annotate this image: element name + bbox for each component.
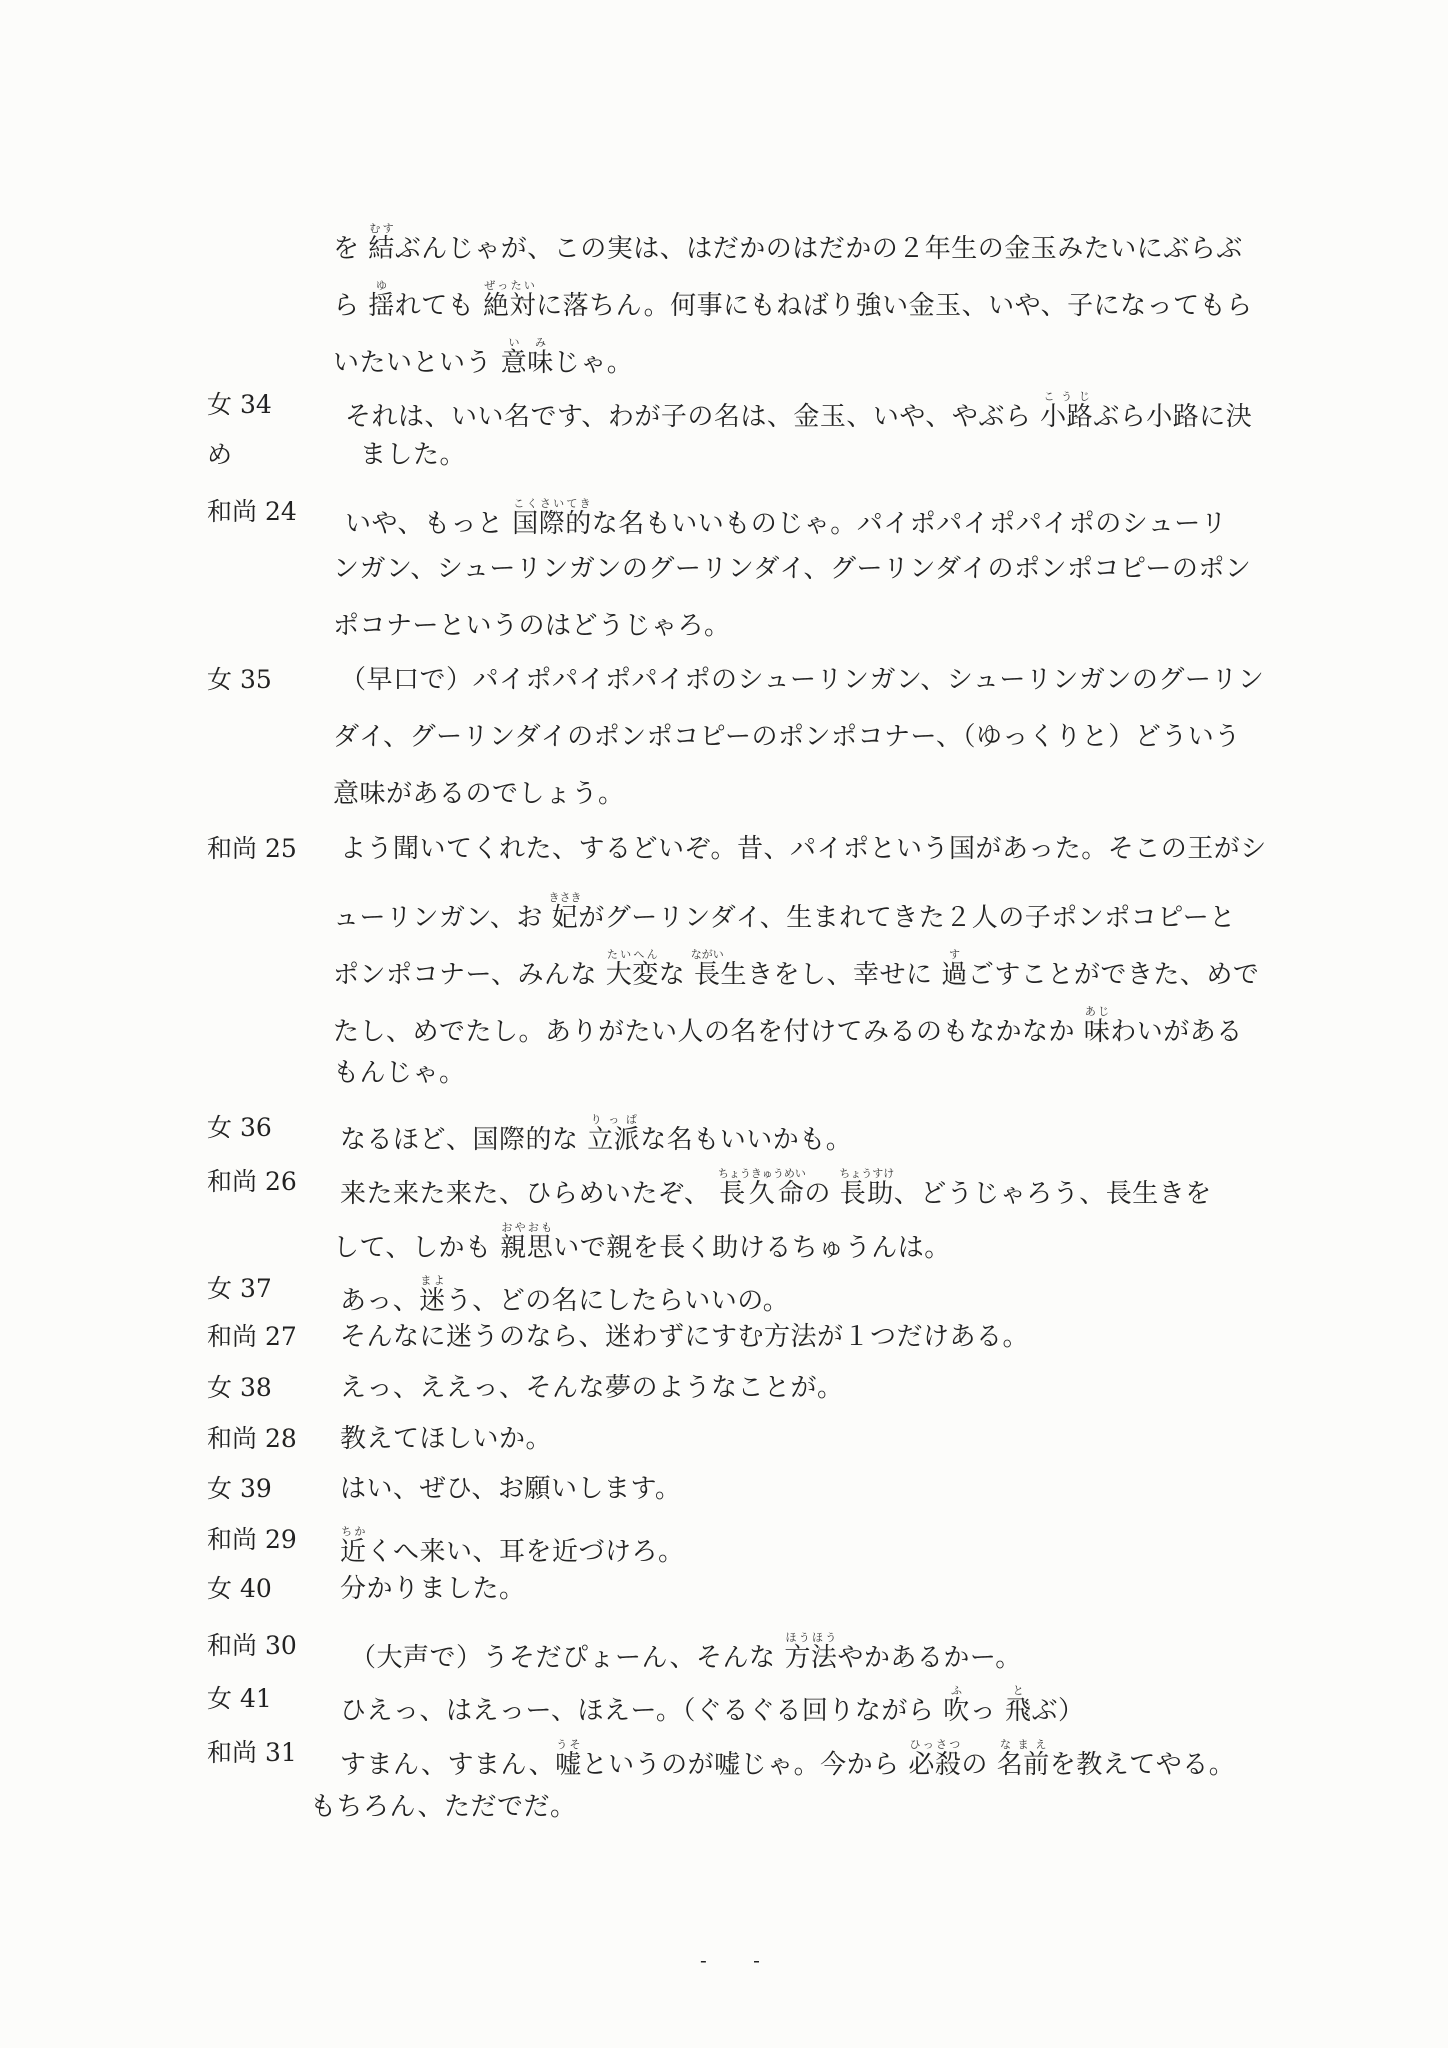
speaker-label: 女 34 [207,390,272,420]
dialogue-line: ポンポコナー、みんな 大変たいへんな 長ながい生きをし、幸せに 過すごすことがで… [333,948,1259,990]
dialogue-line: 教えてほしいか。 [340,1424,552,1454]
dialogue-line: （大声で）うそだぴょーん、そんな 方法ほうほうやかあるかー。 [350,1631,1022,1673]
dialogue-line: ポコナーというのはどうじゃろ。 [333,611,731,641]
dialogue-line: ンガン、シューリンガンのグーリンダイ、グーリンダイのポンポコピーのポン [333,554,1251,584]
speaker-label: 和尚 27 [207,1322,297,1352]
continuation-line-1: を 結むすぶんじゃが、この実は、はだかのはだかの２年生の金玉みたいにぶらぶ [333,222,1243,264]
dialogue-line: あっ、迷まよう、どの名にしたらいいの。 [340,1274,789,1316]
dialogue-line: ひえっ、はえっー、ほえー。（ぐるぐる回りながら 吹ふっ 飛とぶ） [340,1684,1085,1726]
dialogue-line: 意味があるのでしょう。 [333,779,625,809]
dialogue-line: ダイ、グーリンダイのポンポコピーのポンポコナー、（ゆっくりと）どういう [333,722,1241,752]
dialogue-line: すまん、すまん、嘘うそというのが嘘じゃ。今から 必殺ひっさつの 名前なまえを教え… [340,1738,1235,1780]
speaker-label-wrap: め [207,440,232,470]
continuation-line-3: いたいという 意味いみじゃ。 [333,336,633,378]
dialogue-line: して、しかも 親思おやおもいで親を長く助けるちゅうんは。 [333,1221,951,1263]
speaker-label: 女 35 [207,665,272,695]
dialogue-line: よう聞いてくれた、するどいぞ。昔、パイポという国があった。そこの王がシ [340,834,1267,864]
dialogue-line: ューリンガン、お 妃きさきがグーリンダイ、生まれてきた２人の子ポンポコピーと [333,891,1236,933]
continuation-line-2: ら 揺ゆれても 絶対ぜったいに落ちん。何事にもねばり強い金玉、いや、子になっても… [333,279,1253,321]
dialogue-line: いや、もっと 国際的こくさいてきな名もいいものじゃ。パイポパイポパイポのシューリ [345,497,1227,539]
dialogue-line: そんなに迷うのなら、迷わずにすむ方法が１つだけある。 [340,1322,1029,1352]
speaker-label: 女 39 [207,1474,272,1504]
speaker-label: 女 36 [207,1113,272,1143]
dialogue-line: ました。 [360,440,466,470]
speaker-label: 和尚 29 [207,1525,297,1555]
speaker-label: 和尚 30 [207,1631,297,1661]
dialogue-line: （早口で）パイポパイポパイポのシューリンガン、シューリンガンのグーリン [340,665,1264,695]
speaker-label: 和尚 25 [207,834,297,864]
speaker-label: 女 37 [207,1274,272,1304]
dialogue-line: 近ちかくへ来い、耳を近づけろ。 [340,1525,685,1567]
page-number-footer: - - [700,1948,780,1972]
dialogue-line: なるほど、国際的な 立派りっぱな名もいいかも。 [340,1113,852,1155]
dialogue-line: もちろん、ただでだ。 [310,1792,577,1822]
speaker-label: 和尚 31 [207,1738,297,1768]
document-page: を 結むすぶんじゃが、この実は、はだかのはだかの２年生の金玉みたいにぶらぶ ら … [0,0,1448,2048]
speaker-label: 和尚 28 [207,1424,297,1454]
speaker-label: 和尚 26 [207,1167,297,1197]
dialogue-line: えっ、ええっ、そんな夢のようなことが。 [340,1373,844,1403]
dialogue-line: はい、ぜひ、お願いします。 [340,1474,681,1504]
dialogue-line: それは、いい名です、わが子の名は、金玉、いや、やぶら 小路こうじぶら小路に決 [345,390,1252,432]
speaker-label: 女 41 [207,1684,272,1714]
speaker-label: 和尚 24 [207,497,297,527]
dialogue-line: 分かりました。 [340,1574,526,1604]
dialogue-line: もんじゃ。 [333,1058,466,1088]
speaker-label: 女 40 [207,1574,272,1604]
dialogue-line: たし、めでたし。ありがたい人の名を付けてみるのもなかなか 味あじわいがある [333,1005,1243,1047]
speaker-label: 女 38 [207,1373,272,1403]
dialogue-line: 来た来た来た、ひらめいたぞ、 長久命ちょうきゅうめいの 長助ちょうすけ、どうじゃ… [340,1167,1212,1209]
